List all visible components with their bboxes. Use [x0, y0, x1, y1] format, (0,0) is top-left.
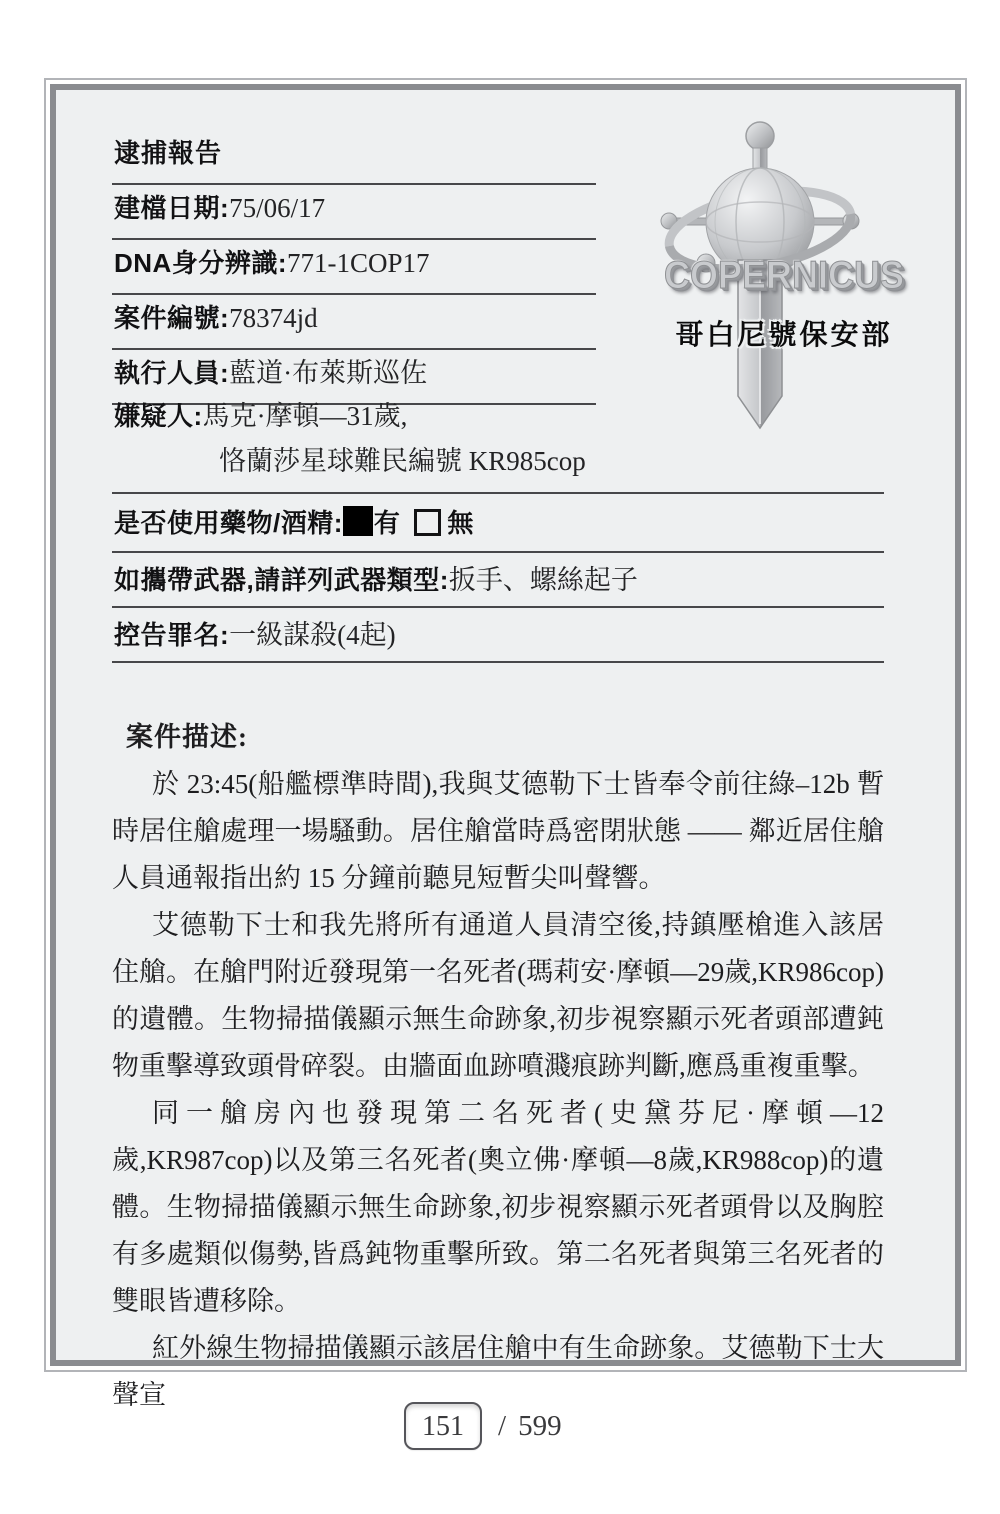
field-label-weapons: 如攜帶武器,請詳列武器類型: [114, 565, 449, 595]
case-description-heading: 案件描述: [112, 714, 884, 761]
field-label-case-no: 案件編號: [114, 303, 229, 333]
suspect-line2: 恪蘭莎星球難民編號 KR985cop [114, 441, 882, 486]
field-label-date: 建檔日期: [114, 193, 229, 223]
copernicus-security-emblem: COPERNICUS 哥白尼號保安部 [628, 110, 940, 445]
report-header-fields: 逮捕報告 建檔日期:75/06/17 DNA身分辨識:771-1COP17 案件… [112, 130, 596, 405]
field-row-date: 建檔日期:75/06/17 [112, 185, 596, 240]
field-label-charges: 控告罪名: [114, 620, 229, 650]
field-value-suspect-line1: 馬克·摩頓—31歲, [203, 401, 408, 431]
page-number-box[interactable]: 151 [404, 1402, 482, 1450]
report-title: 逮捕報告 [114, 138, 222, 168]
field-row-substance: 是否使用藥物/酒精:有無 [112, 494, 884, 553]
copernicus-brand-text: COPERNICUS [628, 252, 940, 297]
substance-no-label: 無 [447, 508, 474, 538]
field-row-weapons: 如攜帶武器,請詳列武器類型:扳手、螺絲起子 [112, 553, 884, 608]
field-value-case-no: 78374jd [229, 303, 318, 333]
field-value-charges: 一級謀殺(4起) [229, 620, 395, 650]
ebook-page: 逮捕報告 建檔日期:75/06/17 DNA身分辨識:771-1COP17 案件… [0, 0, 1000, 1514]
page-total-group: / 599 [498, 1402, 562, 1450]
field-row-case-no: 案件編號:78374jd [112, 295, 596, 350]
case-description-paragraph: 艾德勒下士和我先將所有通道人員清空後,持鎮壓槍進入該居住艙。在艙門附近發現第一名… [112, 902, 884, 1090]
field-label-suspect: 嫌疑人: [114, 401, 203, 431]
page-total: 599 [518, 1410, 562, 1443]
security-dept-label: 哥白尼號保安部 [628, 313, 940, 353]
case-description-paragraph: 同一艙房內也發現第二名死者(史黛芬尼·摩頓—12歲,KR987cop)以及第三名… [112, 1090, 884, 1325]
field-value-suspect-line2: 恪蘭莎星球難民編號 KR985cop [219, 446, 586, 476]
case-description-section: 案件描述: 於 23:45(船艦標準時間),我與艾德勒下士皆奉令前往綠–12b … [112, 714, 884, 1419]
case-description-paragraph: 於 23:45(船艦標準時間),我與艾德勒下士皆奉令前往綠–12b 暫時居住艙處… [112, 761, 884, 902]
checkbox-checked-icon [343, 506, 373, 536]
field-value-dna: 771-1COP17 [287, 248, 430, 278]
checkbox-unchecked-icon [414, 509, 441, 536]
substance-yes-label: 有 [374, 508, 401, 538]
page-separator: / [498, 1410, 506, 1443]
field-label-dna: DNA身分辨識: [114, 248, 287, 278]
field-value-date: 75/06/17 [229, 193, 325, 223]
field-label-substance: 是否使用藥物/酒精: [114, 508, 343, 538]
report-title-row: 逮捕報告 [112, 130, 596, 185]
field-label-officer: 執行人員: [114, 358, 229, 388]
field-row-dna: DNA身分辨識:771-1COP17 [112, 240, 596, 295]
field-value-weapons: 扳手、螺絲起子 [449, 565, 638, 595]
field-row-charges: 控告罪名:一級謀殺(4起) [112, 608, 884, 663]
field-value-officer: 藍道·布萊斯巡佐 [229, 358, 427, 388]
